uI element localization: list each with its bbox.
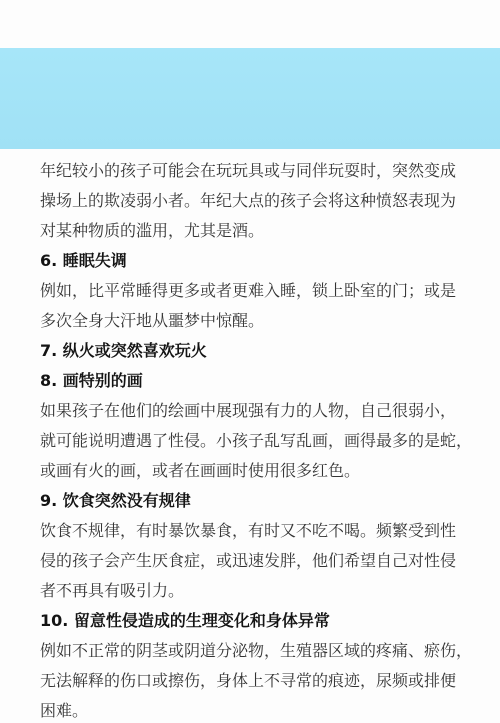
header-band xyxy=(0,48,500,149)
paragraph-line: 多次全身大汗地从噩梦中惊醒。 xyxy=(40,306,470,336)
section-heading: 8. 画特别的画 xyxy=(40,366,470,396)
paragraph-line: 者不再具有吸引力。 xyxy=(40,576,470,606)
paragraph-line: 如果孩子在他们的绘画中展现强有力的人物，自己很弱小， xyxy=(40,396,470,426)
paragraph-line: 例如，比平常睡得更多或者更难入睡，锁上卧室的门；或是 xyxy=(40,276,470,306)
paragraph-line: 例如不正常的阴茎或阴道分泌物，生殖器区域的疼痛、瘀伤， xyxy=(40,636,470,666)
paragraph-line: 侵的孩子会产生厌食症，或迅速发胖，他们希望自己对性侵 xyxy=(40,546,470,576)
paragraph-line: 无法解释的伤口或擦伤，身体上不寻常的痕迹，尿频或排便 xyxy=(40,666,470,696)
section-heading: 9. 饮食突然没有规律 xyxy=(40,486,470,516)
paragraph-line: 就可能说明遭遇了性侵。小孩子乱写乱画，画得最多的是蛇， xyxy=(40,426,470,456)
paragraph-line: 操场上的欺凌弱小者。年纪大点的孩子会将这种愤怒表现为 xyxy=(40,186,470,216)
section-heading: 10. 留意性侵造成的生理变化和身体异常 xyxy=(40,606,470,636)
section-heading: 7. 纵火或突然喜欢玩火 xyxy=(40,336,470,366)
paragraph-line: 对某种物质的滥用，尤其是酒。 xyxy=(40,216,470,246)
paragraph-line: 年纪较小的孩子可能会在玩玩具或与同伴玩耍时，突然变成 xyxy=(40,156,470,186)
paragraph-line: 饮食不规律，有时暴饮暴食，有时又不吃不喝。频繁受到性 xyxy=(40,516,470,546)
section-heading: 6. 睡眠失调 xyxy=(40,246,470,276)
article-body: 年纪较小的孩子可能会在玩玩具或与同伴玩耍时，突然变成操场上的欺凌弱小者。年纪大点… xyxy=(40,156,470,723)
article-page: 年纪较小的孩子可能会在玩玩具或与同伴玩耍时，突然变成操场上的欺凌弱小者。年纪大点… xyxy=(0,0,500,723)
paragraph-line: 或画有火的画，或者在画画时使用很多红色。 xyxy=(40,456,470,486)
paragraph-line: 困难。 xyxy=(40,696,470,723)
